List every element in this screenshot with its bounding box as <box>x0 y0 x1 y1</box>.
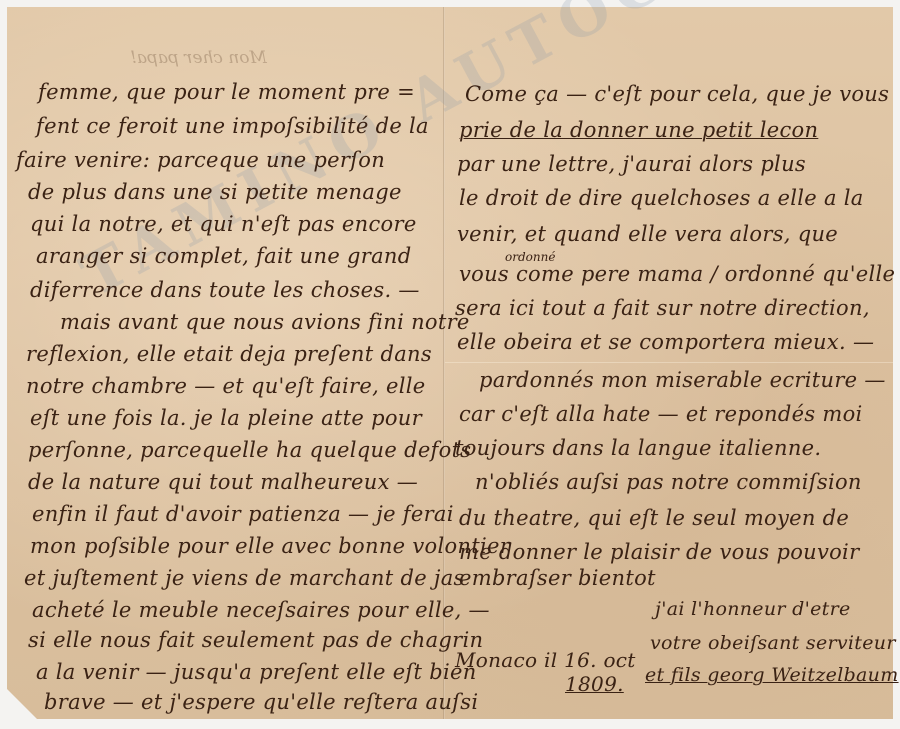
dateline-place: Monaco il 16. oct <box>455 648 636 672</box>
letter-line: vous come pere mama / ordonné qu'elle <box>459 262 895 286</box>
letter-line: et juſtement je viens de marchant de jas <box>24 566 465 590</box>
letter-line: toujours dans la langue italienne. <box>455 436 821 460</box>
letter-line: qui la notre, et qui n'eſt pas encore <box>30 212 417 236</box>
letter-line: perſonne, parcequelle ha quelque defots <box>28 438 471 462</box>
letter-line: brave — et j'espere qu'elle reſtera auſs… <box>44 690 478 714</box>
letter-line: par une lettre, j'aurai alors plus <box>457 152 806 176</box>
letter-line: de plus dans une si petite menage <box>28 180 402 204</box>
signature: et fils georg Weitzelbaum <box>645 664 899 686</box>
letter-line: elle obeira et se comportera mieux. — <box>457 330 874 354</box>
letter-line: reflexion, elle etait deja preſent dans <box>26 342 432 366</box>
letter-line: a la venir — jusqu'a preſent elle eſt bi… <box>36 660 477 684</box>
letter-line: de la nature qui tout malheureux — <box>28 470 418 494</box>
letter-line: diferrence dans toute les choses. — <box>30 278 420 302</box>
letter-line: me donner le plaisir de vous pouvoir <box>459 540 859 564</box>
dateline-year: 1809. <box>565 672 624 696</box>
letter-line: car c'eſt alla hate — et repondés moi <box>459 402 863 426</box>
letter-line: n'obliés auſsi pas notre commiſsion <box>475 470 862 494</box>
left-page: Mon cher papa! femme, que pour le moment… <box>0 0 445 729</box>
letter-line: fent ce feroit une impoſsibilité de la <box>36 114 429 138</box>
letter-line: le droit de dire quelchoses a elle a la <box>459 186 864 210</box>
closing-line: votre obeiſsant serviteur <box>650 632 896 654</box>
letter-line: mais avant que nous avions fini notre <box>60 310 470 334</box>
letter-line: sera ici tout a fait sur notre direction… <box>455 296 870 320</box>
letter-line: Come ça — c'eſt pour cela, que je vous <box>465 82 889 106</box>
letter-line: embraſser bientot <box>459 566 656 590</box>
letter-line: si elle nous fait seulement pas de chagr… <box>28 628 483 652</box>
bleed-through-text: Mon cher papa! <box>130 48 267 68</box>
letter-line: notre chambre — et qu'eſt faire, elle <box>26 374 426 398</box>
letter-line: acheté le meuble neceſsaires pour elle, … <box>32 598 490 622</box>
letter-line: enfin il faut d'avoir patienza — je fera… <box>32 502 454 526</box>
letter-line: mon poſsible pour elle avec bonne volont… <box>30 534 510 558</box>
letter-line: femme, que pour le moment pre = <box>38 80 415 104</box>
letter-line: eſt une fois la. je la pleine atte pour <box>30 406 422 430</box>
letter-line: pardonnés mon miserable ecriture — <box>479 368 886 392</box>
letter-line: faire venire: parceque une perſon <box>16 148 385 172</box>
letter-line: venir, et quand elle vera alors, que <box>457 222 838 246</box>
right-page: Come ça — c'eſt pour cela, que je vous p… <box>445 0 900 729</box>
letter-line: prie de la donner une petit lecon <box>459 118 818 142</box>
letter-line: aranger si complet, fait une grand <box>36 244 412 268</box>
closing-line: j'ai l'honneur d'etre <box>655 598 851 620</box>
letter-line: du theatre, qui eſt le seul moyen de <box>459 506 849 530</box>
